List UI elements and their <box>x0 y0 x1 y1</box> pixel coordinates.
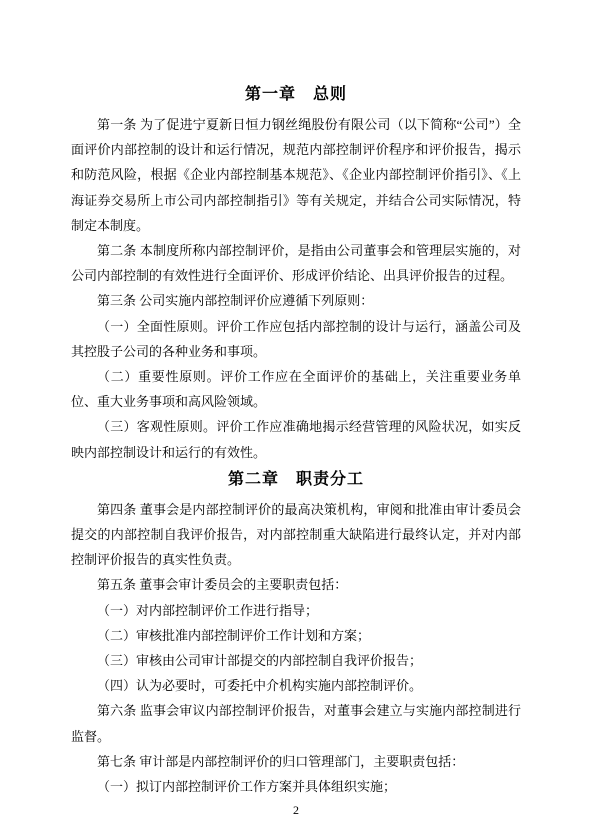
chapter-1-heading: 第一章 总则 <box>71 82 521 108</box>
para-article-2: 第二条 本制度所称内部控制评价，是指由公司董事会和管理层实施的，对公司内部控制的… <box>71 238 521 288</box>
page-number: 2 <box>0 803 592 817</box>
para-audit-dept-duty-1: （一）拟订内部控制评价工作方案并具体组织实施； <box>71 774 521 799</box>
para-article-7: 第七条 审计部是内部控制评价的归口管理部门，主要职责包括： <box>71 749 521 774</box>
chapter-2-heading: 第二章 职责分工 <box>71 467 521 493</box>
para-audit-committee-duty-1: （一）对内部控制评价工作进行指导； <box>71 598 521 623</box>
para-principle-2: （二）重要性原则。评价工作应在全面评价的基础上，关注重要业务单位、重大业务事项和… <box>71 364 521 414</box>
document-page: 第一章 总则 第一条 为了促进宁夏新日恒力钢丝绳股份有限公司（以下简称“公司”）… <box>0 0 592 835</box>
para-audit-committee-duty-2: （二）审核批准内部控制评价工作计划和方案； <box>71 623 521 648</box>
para-audit-committee-duty-3: （三）审核由公司审计部提交的内部控制自我评价报告； <box>71 648 521 673</box>
para-principle-3: （三）客观性原则。评价工作应准确地揭示经营管理的风险状况，如实反映内部控制设计和… <box>71 414 521 464</box>
para-article-3: 第三条 公司实施内部控制评价应遵循下列原则： <box>71 288 521 313</box>
para-article-6: 第六条 监事会审议内部控制评价报告，对董事会建立与实施内部控制进行监督。 <box>71 698 521 748</box>
document-body: 第一章 总则 第一条 为了促进宁夏新日恒力钢丝绳股份有限公司（以下简称“公司”）… <box>71 82 521 799</box>
para-audit-committee-duty-4: （四）认为必要时，可委托中介机构实施内部控制评价。 <box>71 673 521 698</box>
para-article-5: 第五条 董事会审计委员会的主要职责包括： <box>71 572 521 597</box>
para-principle-1: （一）全面性原则。评价工作应包括内部控制的设计与运行，涵盖公司及其控股子公司的各… <box>71 314 521 364</box>
para-article-1: 第一条 为了促进宁夏新日恒力钢丝绳股份有限公司（以下简称“公司”）全面评价内部控… <box>71 112 521 238</box>
para-article-4: 第四条 董事会是内部控制评价的最高决策机构，审阅和批准由审计委员会提交的内部控制… <box>71 497 521 573</box>
